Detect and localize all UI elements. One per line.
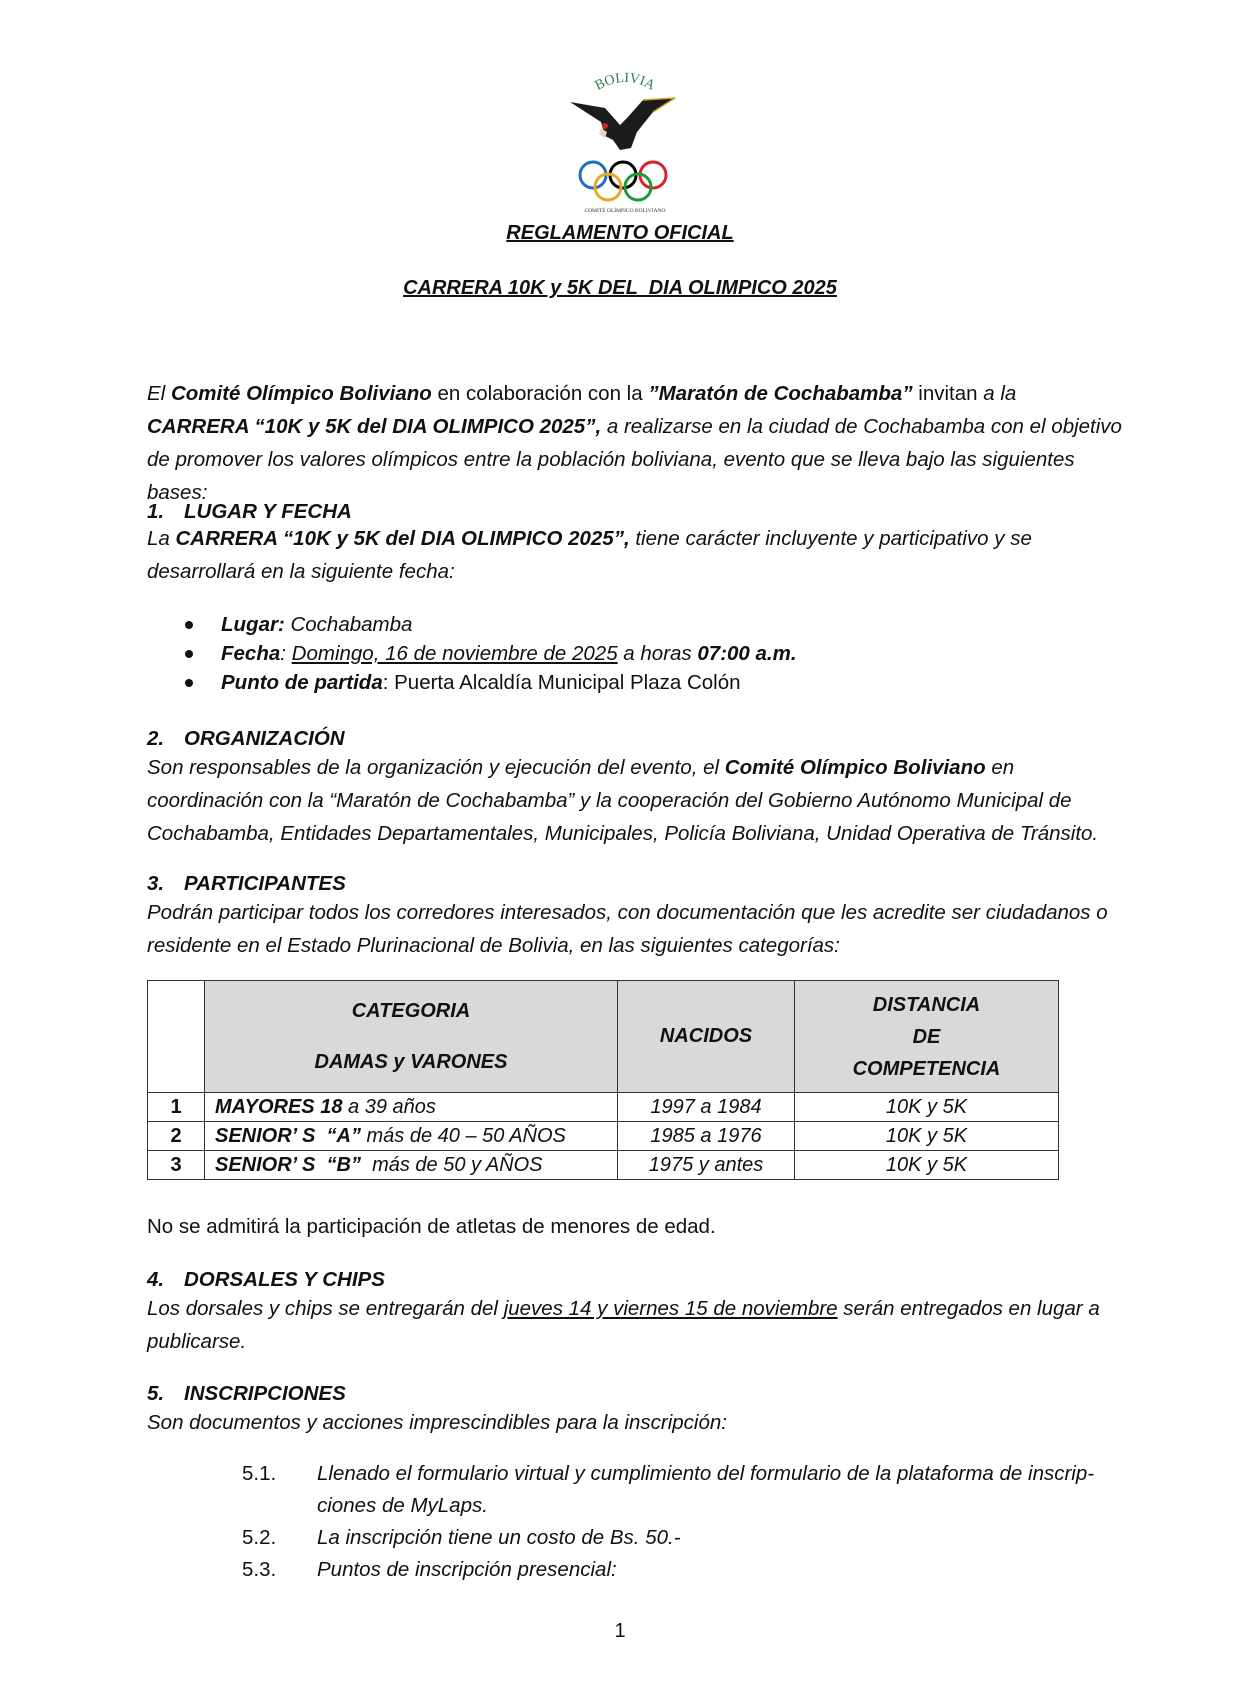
- section-1-bullets: Lugar: Cochabamba Fecha: Domingo, 16 de …: [185, 610, 1085, 697]
- table-row: 2 SENIOR’ S “A” más de 40 – 50 AÑOS 1985…: [148, 1122, 1059, 1151]
- list-item: 5.2.La inscripción tiene un costo de Bs.…: [242, 1522, 1122, 1554]
- table-row: 3 SENIOR’ S “B” más de 50 y AÑOS 1975 y …: [148, 1151, 1059, 1180]
- table-row: 1 MAYORES 18 a 39 años 1997 a 1984 10K y…: [148, 1093, 1059, 1122]
- condor-icon: [570, 98, 675, 150]
- section-5-list: 5.1.Llenado el formulario virtual y cump…: [242, 1458, 1122, 1586]
- logo-bottom-text: COMITÉ OLÍMPICO BOLIVIANO: [585, 206, 666, 214]
- header-index: [148, 981, 205, 1093]
- section-3-text: Podrán participar todos los corredores i…: [147, 896, 1122, 962]
- table-header-row: CATEGORIA DAMAS y VARONES NACIDOS DISTAN…: [148, 981, 1059, 1093]
- header-distancia: DISTANCIA DE COMPETENCIA: [795, 981, 1059, 1093]
- section-1-text: La CARRERA “10K y 5K del DIA OLIMPICO 20…: [147, 522, 1122, 588]
- document-subtitle: CARRERA 10K y 5K DEL DIA OLIMPICO 2025: [0, 277, 1240, 300]
- document-page: BOLIVIA COMITÉ OLÍMPICO BOLIVIANO REGLAM…: [0, 0, 1240, 1685]
- document-title: REGLAMENTO OFICIAL: [0, 222, 1240, 245]
- intro-paragraph: El Comité Olímpico Boliviano en colabora…: [147, 377, 1122, 509]
- page-number: 1: [0, 1620, 1240, 1643]
- section-5-heading: 5.INSCRIPCIONES: [147, 1382, 346, 1406]
- section-3-heading: 3.PARTICIPANTES: [147, 872, 346, 896]
- list-item: 5.1.Llenado el formulario virtual y cump…: [242, 1458, 1122, 1522]
- categories-table: CATEGORIA DAMAS y VARONES NACIDOS DISTAN…: [147, 980, 1059, 1180]
- age-restriction-note: No se admitirá la participación de atlet…: [147, 1210, 1122, 1243]
- bullet-lugar: Lugar: Cochabamba: [185, 610, 1085, 639]
- header-nacidos: NACIDOS: [618, 981, 795, 1093]
- svg-text:BOLIVIA: BOLIVIA: [593, 71, 658, 94]
- header-categoria: CATEGORIA DAMAS y VARONES: [205, 981, 618, 1093]
- section-4-heading: 4.DORSALES Y CHIPS: [147, 1268, 385, 1292]
- bullet-fecha: Fecha: Domingo, 16 de noviembre de 2025 …: [185, 639, 1085, 668]
- section-5-text: Son documentos y acciones imprescindible…: [147, 1406, 1122, 1439]
- bolivian-olympic-committee-logo: BOLIVIA COMITÉ OLÍMPICO BOLIVIANO: [565, 70, 685, 215]
- logo-top-text: BOLIVIA: [593, 71, 658, 94]
- section-4-text: Los dorsales y chips se entregarán del j…: [147, 1292, 1122, 1358]
- section-2-heading: 2.ORGANIZACIÓN: [147, 727, 345, 751]
- section-1-heading: 1.LUGAR Y FECHA: [147, 500, 352, 524]
- list-item: 5.3.Puntos de inscripción presencial:: [242, 1554, 1122, 1586]
- section-2-text: Son responsables de la organización y ej…: [147, 751, 1122, 850]
- bullet-punto-partida: Punto de partida: Puerta Alcaldía Munici…: [185, 668, 1085, 697]
- olympic-rings-icon: [580, 162, 666, 200]
